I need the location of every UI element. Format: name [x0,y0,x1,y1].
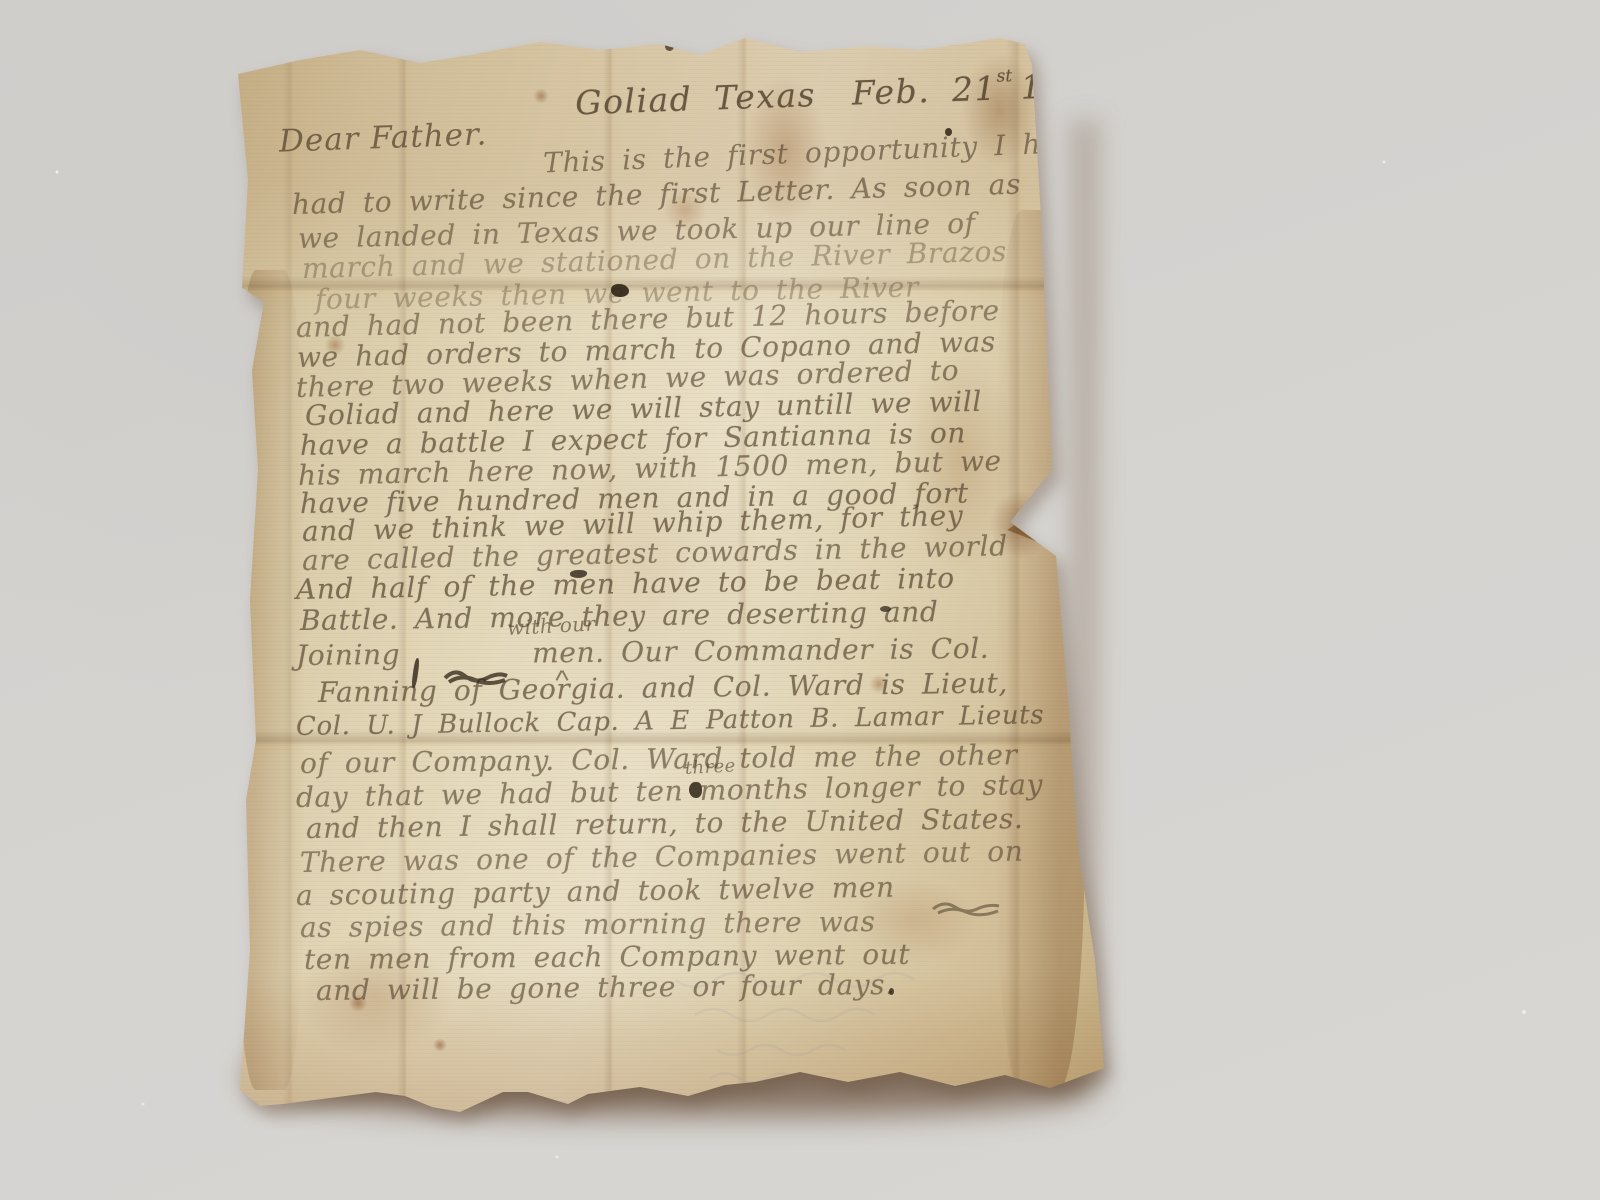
insertion-three: three [684,755,736,779]
letter-line: and will be gone three or four days. [316,968,895,1007]
dateline-superscript: st [996,66,1012,87]
salutation: Dear Father. [278,116,487,159]
dateline-year: 1836 [1020,65,1111,107]
letter-paper: Goliad Texas Feb. 21st 1836 Dear Father.… [225,30,1105,1130]
letter-paper-wrap: Goliad Texas Feb. 21st 1836 Dear Father.… [225,30,1105,1130]
insertion-with-our: with our [506,611,596,640]
dateline-place: Goliad Texas [575,75,817,122]
scribble-mark [930,898,1015,918]
photograph-of-letter: Goliad Texas Feb. 21st 1836 Dear Father.… [0,0,1600,1200]
letter-line: Joining men. Our Commander is Col. [296,632,990,672]
dateline-date: Feb. 21 [851,69,997,113]
caret-mark [555,670,569,680]
handwriting-layer: Goliad Texas Feb. 21st 1836 Dear Father.… [225,30,1105,1130]
letter-dateline: Goliad Texas Feb. 21st 1836 [574,63,1111,123]
